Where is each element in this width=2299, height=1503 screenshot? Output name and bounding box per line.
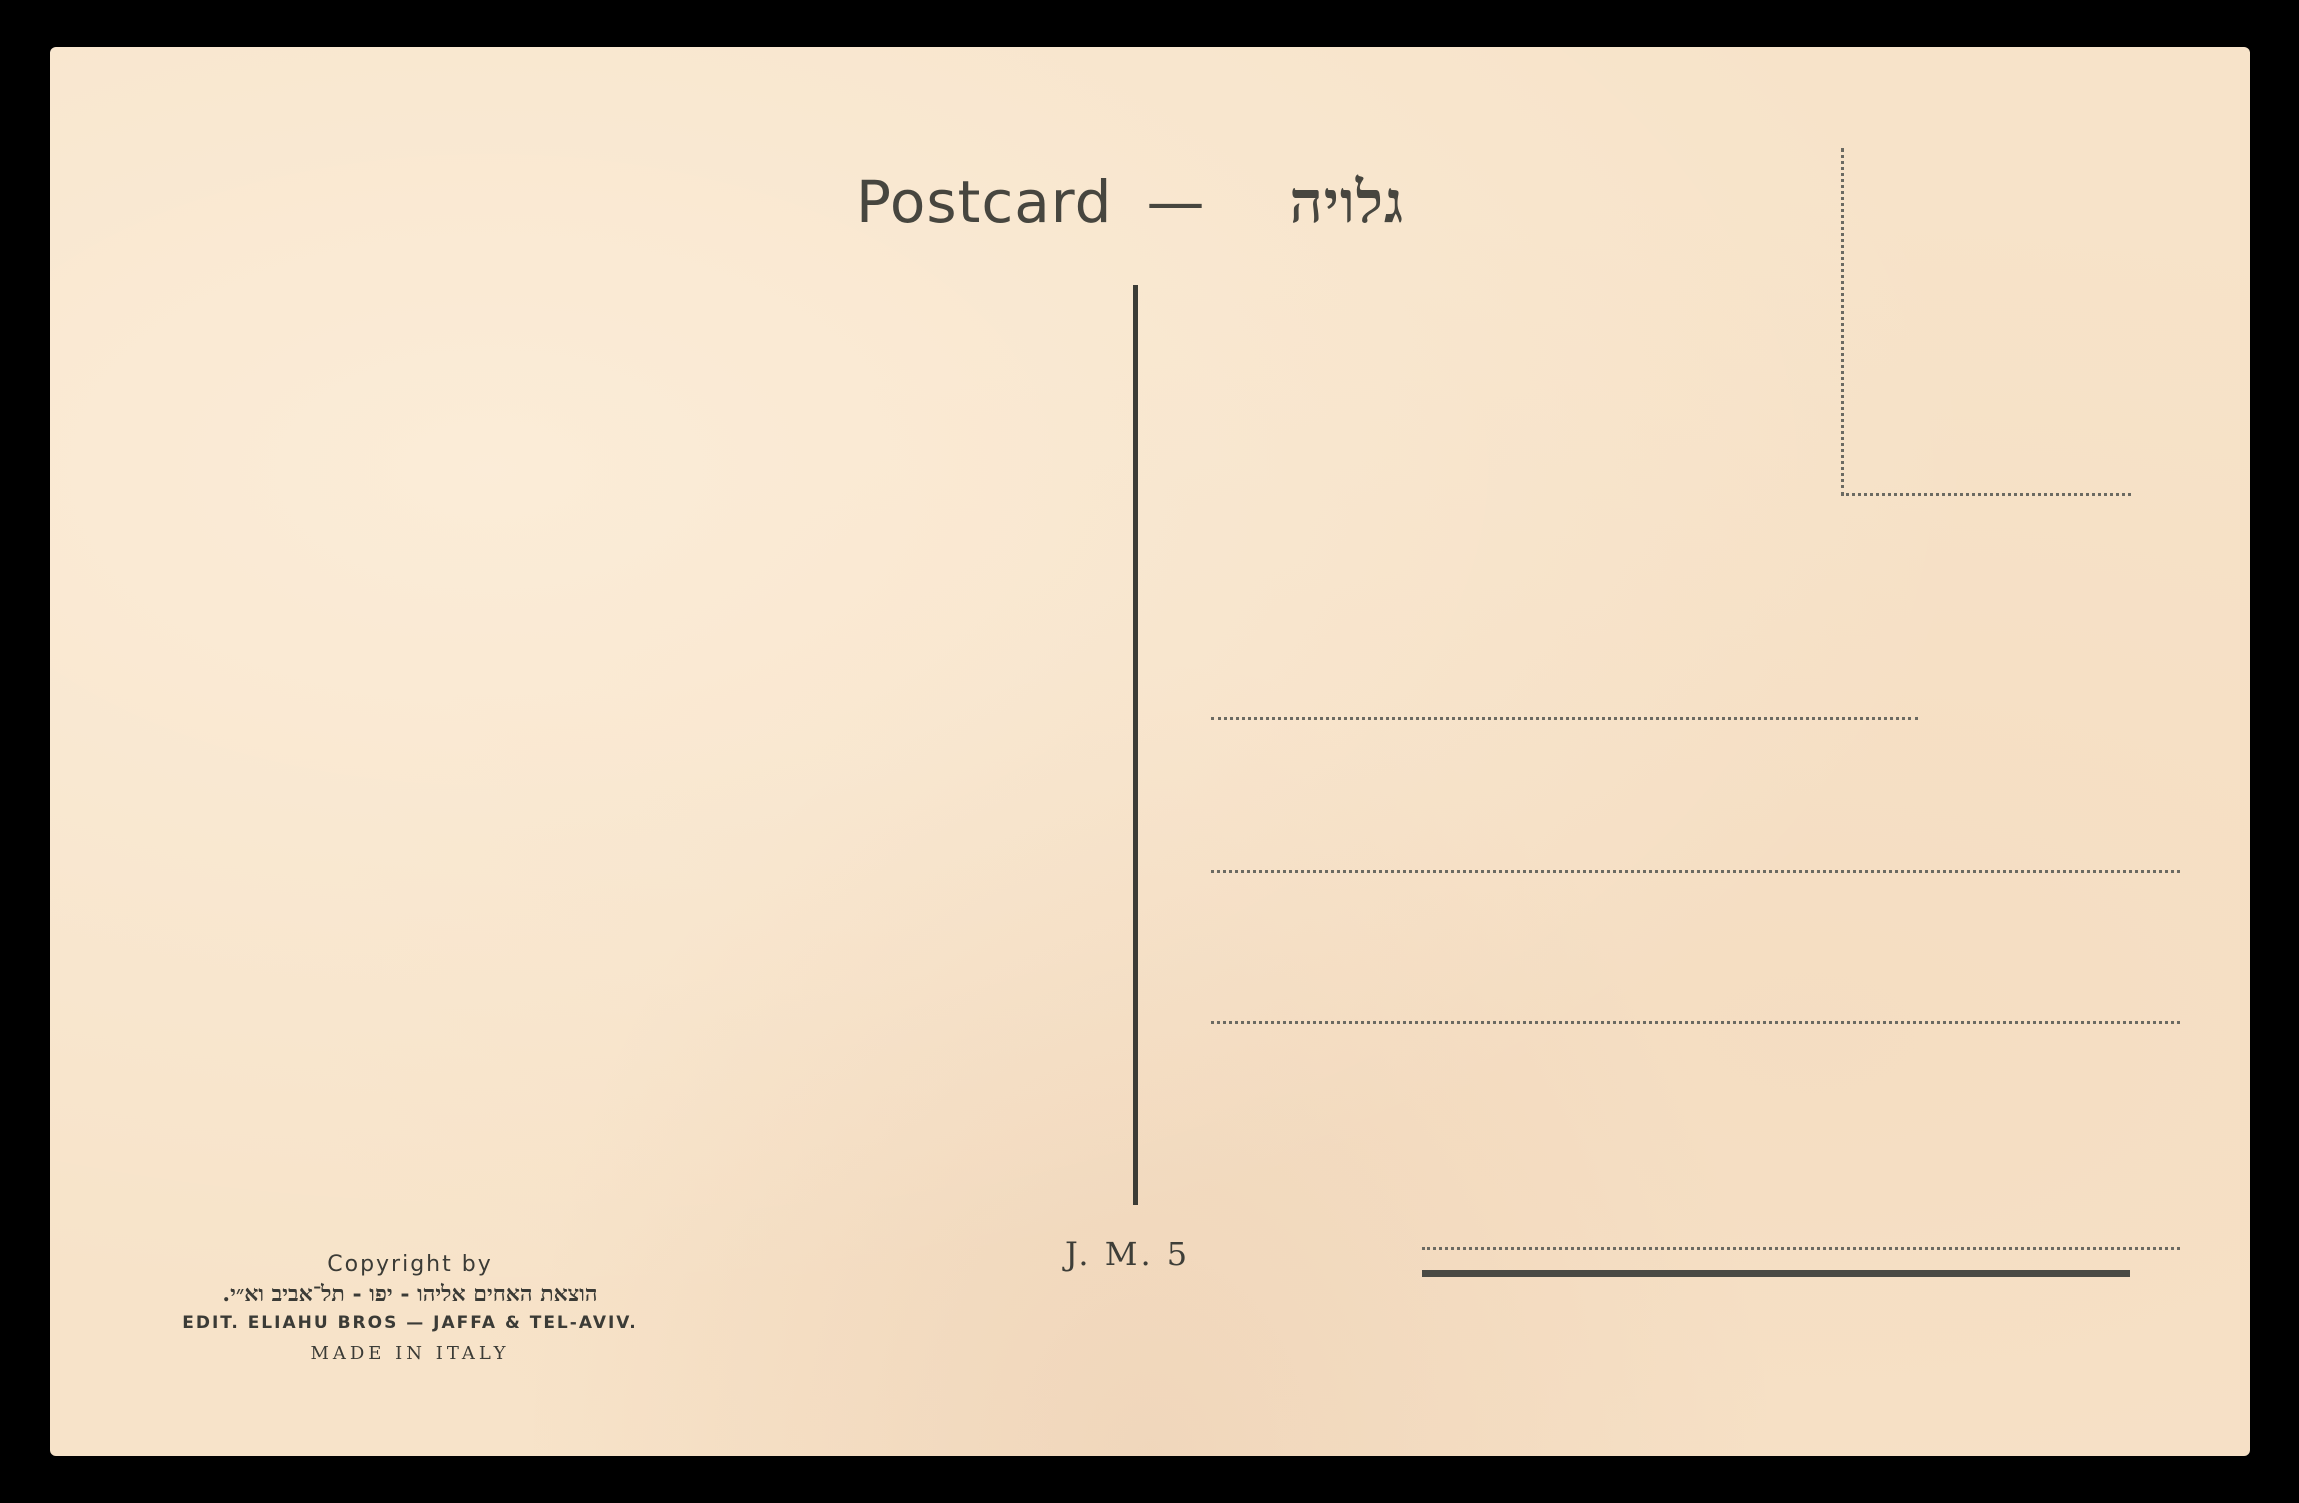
title-separator: —: [1146, 168, 1205, 236]
origin-line: MADE IN ITALY: [140, 1343, 680, 1364]
message-address-divider: [1133, 285, 1138, 1205]
publisher-imprint: Copyright by הוצאת האחים אליהו - יפו - ת…: [140, 1252, 680, 1364]
series-code: J. M. 5: [1065, 1235, 1265, 1273]
address-line-3: [1211, 1021, 2180, 1024]
postcard-back: Postcard — גלויה J. M. 5 Copyright by הו…: [50, 47, 2250, 1456]
address-line-2: [1211, 870, 2180, 873]
address-line-4: [1422, 1247, 2180, 1250]
copyright-line: Copyright by: [140, 1252, 680, 1277]
address-underline: [1422, 1270, 2130, 1277]
publisher-english: EDIT. ELIAHU BROS — JAFFA & TEL-AVIV.: [140, 1313, 680, 1333]
publisher-hebrew: הוצאת האחים אליהו - יפו - תל־אביב וא״י.: [140, 1281, 680, 1307]
title-english: Postcard: [856, 168, 1112, 236]
postcard-heading: Postcard — גלויה: [856, 167, 1476, 237]
title-hebrew: גלויה: [1289, 168, 1404, 236]
address-line-1: [1211, 717, 1918, 720]
stamp-placement-box: [1841, 148, 2131, 496]
